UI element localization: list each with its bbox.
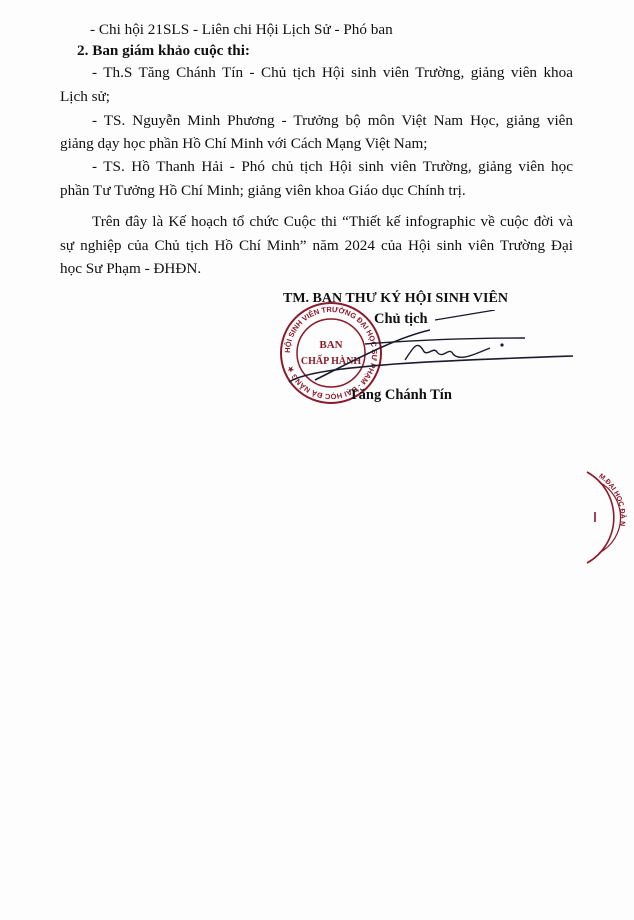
svg-text:M.ĐẠI HỌC ĐÀ N: M.ĐẠI HỌC ĐÀ N [597, 473, 627, 527]
closing-paragraph-3: học Sư Phạm - ĐHĐN. [60, 259, 201, 279]
jury-member-1-cont: Lịch sử; [60, 87, 110, 107]
jury-member-1: - Th.S Tăng Chánh Tín - Chủ tịch Hội sin… [92, 63, 573, 83]
jury-member-3: - TS. Hồ Thanh Hải - Phó chủ tịch Hội si… [92, 157, 573, 177]
section-heading-jury: 2. Ban giám khảo cuộc thi: [77, 41, 250, 61]
signature-scribble-icon [285, 310, 575, 390]
jury-member-3-cont: phần Tư Tưởng Hồ Chí Minh; giảng viên kh… [60, 181, 466, 201]
side-stamp-fragment-icon: M.ĐẠI HỌC ĐÀ N [585, 470, 634, 565]
member-line: - Chi hội 21SLS - Liên chi Hội Lịch Sử -… [90, 20, 393, 40]
jury-member-2: - TS. Nguyễn Minh Phương - Trưởng bộ môn… [92, 111, 573, 131]
closing-paragraph-1: Trên đây là Kế hoạch tổ chức Cuộc thi “T… [92, 212, 573, 232]
closing-paragraph-2: sự nghiệp của Chủ tịch Hồ Chí Minh” năm … [60, 236, 573, 256]
jury-member-2-cont: giảng dạy học phần Hồ Chí Minh với Cách … [60, 134, 428, 154]
signatory-name: Tăng Chánh Tín [349, 385, 452, 405]
